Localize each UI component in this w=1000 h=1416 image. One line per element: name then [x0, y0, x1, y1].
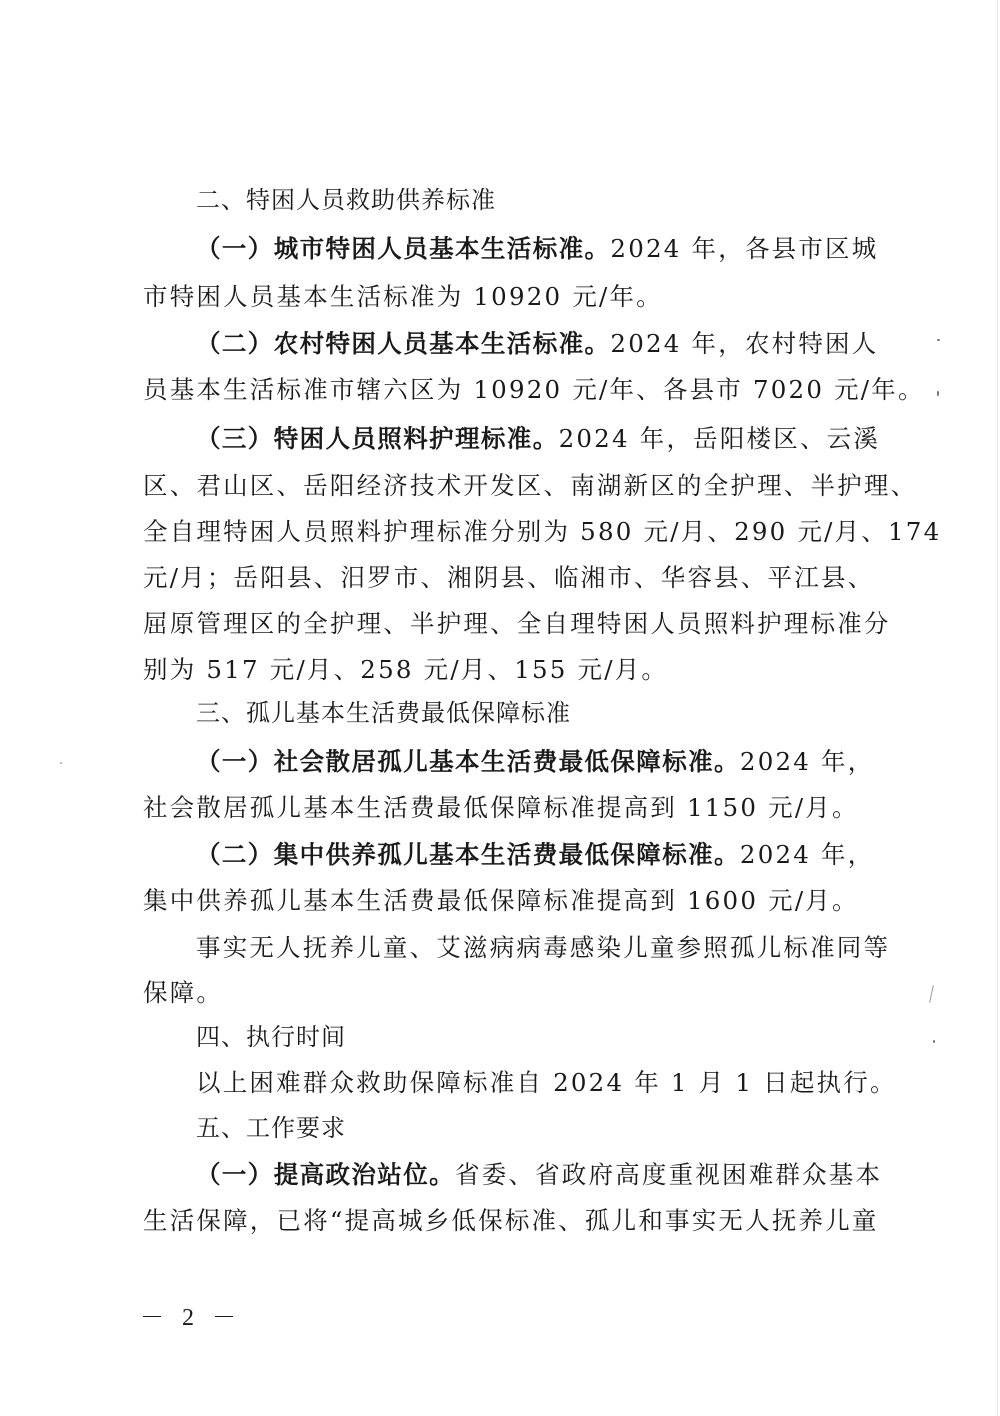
paragraph-2-3-line-1: （三）特困人员照料护理标准。2024 年，岳阳楼区、云溪 [196, 424, 884, 454]
paragraph-text: 2024 年， [740, 840, 875, 869]
paragraph-2-3-line-2: 区、君山区、岳阳经济技术开发区、南湖新区的全护理、半护理、 [143, 471, 883, 501]
section-heading-3: 三、孤儿基本生活费最低保障标准 [196, 698, 884, 728]
paragraph-3-note-line-2: 保障。 [143, 978, 883, 1008]
paragraph-3-2-line-1: （二）集中供养孤儿基本生活费最低保障标准。2024 年， [196, 840, 884, 870]
page-number: － 2 － [140, 1297, 242, 1332]
paragraph-2-1-line-1: （一）城市特困人员基本生活标准。2024 年，各县市区城 [196, 234, 884, 264]
paragraph-2-2-line-1: （二）农村特困人员基本生活标准。2024 年，农村特困人 [196, 329, 884, 359]
paragraph-title: （一）提高政治站位。 [196, 1160, 455, 1189]
paragraph-text: 2024 年，农村特困人 [610, 329, 878, 358]
paragraph-text: 2024 年，岳阳楼区、云溪 [559, 424, 880, 453]
page-edge [997, 0, 998, 1416]
section-heading-4: 四、执行时间 [196, 1022, 884, 1052]
paragraph-title: （二）农村特困人员基本生活标准。 [196, 329, 610, 358]
paragraph-2-3-line-3: 全自理特困人员照料护理标准分别为 580 元/月、290 元/月、174 [143, 517, 883, 547]
paragraph-text: 2024 年，各县市区城 [610, 234, 878, 263]
paragraph-5-1-line-1: （一）提高政治站位。省委、省政府高度重视困难群众基本 [196, 1160, 884, 1190]
paragraph-title: （一）城市特困人员基本生活标准。 [196, 234, 610, 263]
paragraph-2-3-line-5: 屈原管理区的全护理、半护理、全自理特困人员照料护理标准分 [143, 609, 883, 639]
paragraph-2-3-line-4: 元/月；岳阳县、汨罗市、湘阴县、临湘市、华容县、平江县、 [143, 563, 883, 593]
paragraph-title: （一）社会散居孤儿基本生活费最低保障标准。 [196, 747, 740, 776]
paragraph-3-2-line-2: 集中供养孤儿基本生活费最低保障标准提高到 1600 元/月。 [143, 886, 883, 916]
paragraph-2-2-line-2: 员基本生活标准市辖六区为 10920 元/年、各县市 7020 元/年。 [143, 375, 883, 405]
scan-speck [933, 1040, 935, 1043]
paragraph-4-line-1: 以上困难群众救助保障标准自 2024 年 1 月 1 日起执行。 [196, 1068, 884, 1098]
paragraph-2-3-line-6: 别为 517 元/月、258 元/月、155 元/月。 [143, 655, 883, 685]
paragraph-3-1-line-2: 社会散居孤儿基本生活费最低保障标准提高到 1150 元/月。 [143, 793, 883, 823]
paragraph-title: （二）集中供养孤儿基本生活费最低保障标准。 [196, 840, 740, 869]
scan-speck [937, 339, 940, 341]
section-heading-2: 二、特困人员救助供养标准 [196, 185, 884, 215]
paragraph-5-1-line-2: 生活保障，已将“提高城乡低保标准、孤儿和事实无人抚养儿童 [143, 1206, 883, 1236]
scan-speck [929, 985, 934, 1003]
paragraph-text: 省委、省政府高度重视困难群众基本 [455, 1160, 882, 1189]
scan-speck [60, 762, 62, 764]
paragraph-text: 2024 年， [740, 747, 875, 776]
scan-speck [937, 391, 939, 396]
document-page: 二、特困人员救助供养标准 （一）城市特困人员基本生活标准。2024 年，各县市区… [0, 0, 1000, 1416]
section-heading-5: 五、工作要求 [196, 1113, 884, 1143]
paragraph-3-1-line-1: （一）社会散居孤儿基本生活费最低保障标准。2024 年， [196, 747, 884, 777]
paragraph-2-1-line-2: 市特困人员基本生活标准为 10920 元/年。 [143, 282, 883, 312]
paragraph-3-note-line-1: 事实无人抚养儿童、艾滋病病毒感染儿童参照孤儿标准同等 [196, 933, 884, 963]
paragraph-title: （三）特困人员照料护理标准。 [196, 424, 559, 453]
